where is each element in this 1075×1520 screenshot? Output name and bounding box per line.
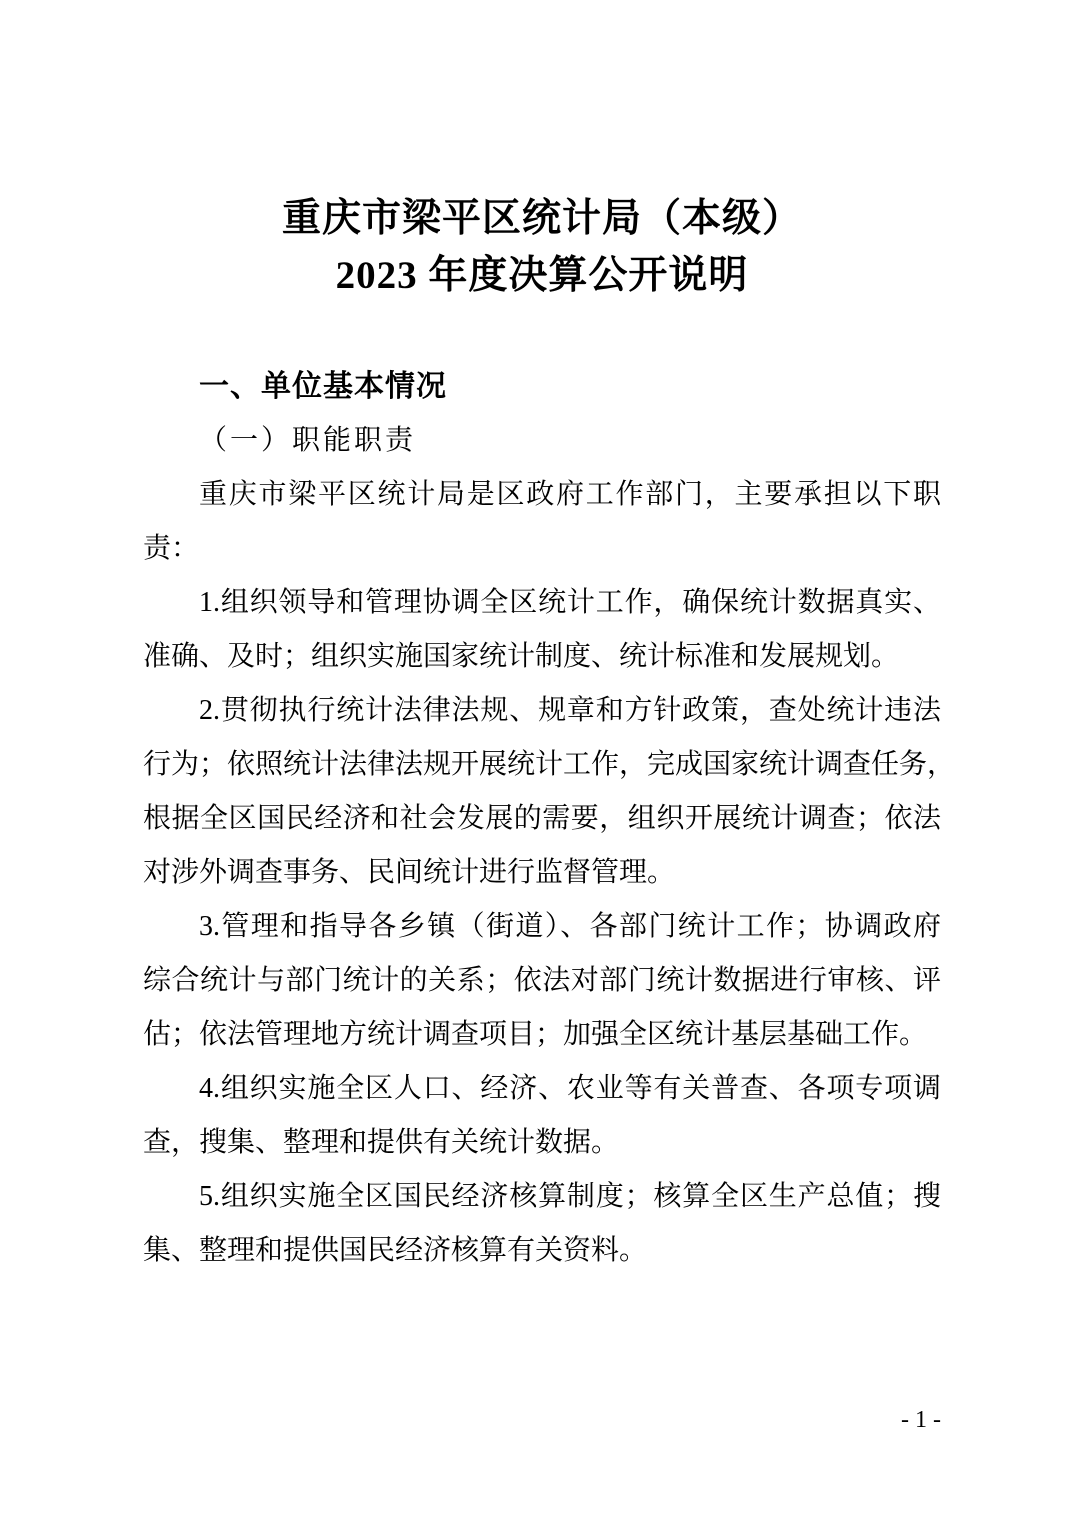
duty-paragraph-3: 3.管理和指导各乡镇（街道）、各部门统计工作；协调政府 综合统计与部门统计的关系… [143,900,941,1062]
text-line: 5.组织实施全区国民经济核算制度；核算全区生产总值；搜 [143,1170,941,1224]
sub-heading: （一）职能职责 [143,414,941,468]
duty-paragraph-2: 2.贯彻执行统计法律法规、规章和方针政策，查处统计违法 行为；依照统计法律法规开… [143,684,941,900]
document-title: 重庆市梁平区统计局（本级） 2023 年度决算公开说明 [143,190,941,304]
document-page: 重庆市梁平区统计局（本级） 2023 年度决算公开说明 一、单位基本情况 （一）… [0,0,1075,1520]
section-heading: 一、单位基本情况 [143,360,941,414]
text-line: 行为；依照统计法律法规开展统计工作，完成国家统计调查任务， [143,738,941,792]
text-line: 重庆市梁平区统计局是区政府工作部门，主要承担以下职 [143,468,941,522]
page-number: - 1 - [143,1405,941,1435]
document-title-line-1: 重庆市梁平区统计局（本级） [143,190,941,247]
intro-paragraph: 重庆市梁平区统计局是区政府工作部门，主要承担以下职 责： [143,468,941,576]
text-line: 准确、及时；组织实施国家统计制度、统计标准和发展规划。 [143,630,941,684]
document-title-line-2: 2023 年度决算公开说明 [143,247,941,304]
text-line: 1.组织领导和管理协调全区统计工作，确保统计数据真实、 [143,576,941,630]
text-line: 2.贯彻执行统计法律法规、规章和方针政策，查处统计违法 [143,684,941,738]
document-body: 一、单位基本情况 （一）职能职责 重庆市梁平区统计局是区政府工作部门，主要承担以… [143,360,941,1278]
text-line: 查，搜集、整理和提供有关统计数据。 [143,1116,941,1170]
text-line: 综合统计与部门统计的关系；依法对部门统计数据进行审核、评 [143,954,941,1008]
text-line: 4.组织实施全区人口、经济、农业等有关普查、各项专项调 [143,1062,941,1116]
duty-paragraph-1: 1.组织领导和管理协调全区统计工作，确保统计数据真实、 准确、及时；组织实施国家… [143,576,941,684]
text-line: 对涉外调查事务、民间统计进行监督管理。 [143,846,941,900]
duty-paragraph-5: 5.组织实施全区国民经济核算制度；核算全区生产总值；搜 集、整理和提供国民经济核… [143,1170,941,1278]
text-line: 责： [143,522,941,576]
text-line: 估；依法管理地方统计调查项目；加强全区统计基层基础工作。 [143,1008,941,1062]
text-line: 根据全区国民经济和社会发展的需要，组织开展统计调查；依法 [143,792,941,846]
text-line: 3.管理和指导各乡镇（街道）、各部门统计工作；协调政府 [143,900,941,954]
duty-paragraph-4: 4.组织实施全区人口、经济、农业等有关普查、各项专项调 查，搜集、整理和提供有关… [143,1062,941,1170]
text-line: 集、整理和提供国民经济核算有关资料。 [143,1224,941,1278]
